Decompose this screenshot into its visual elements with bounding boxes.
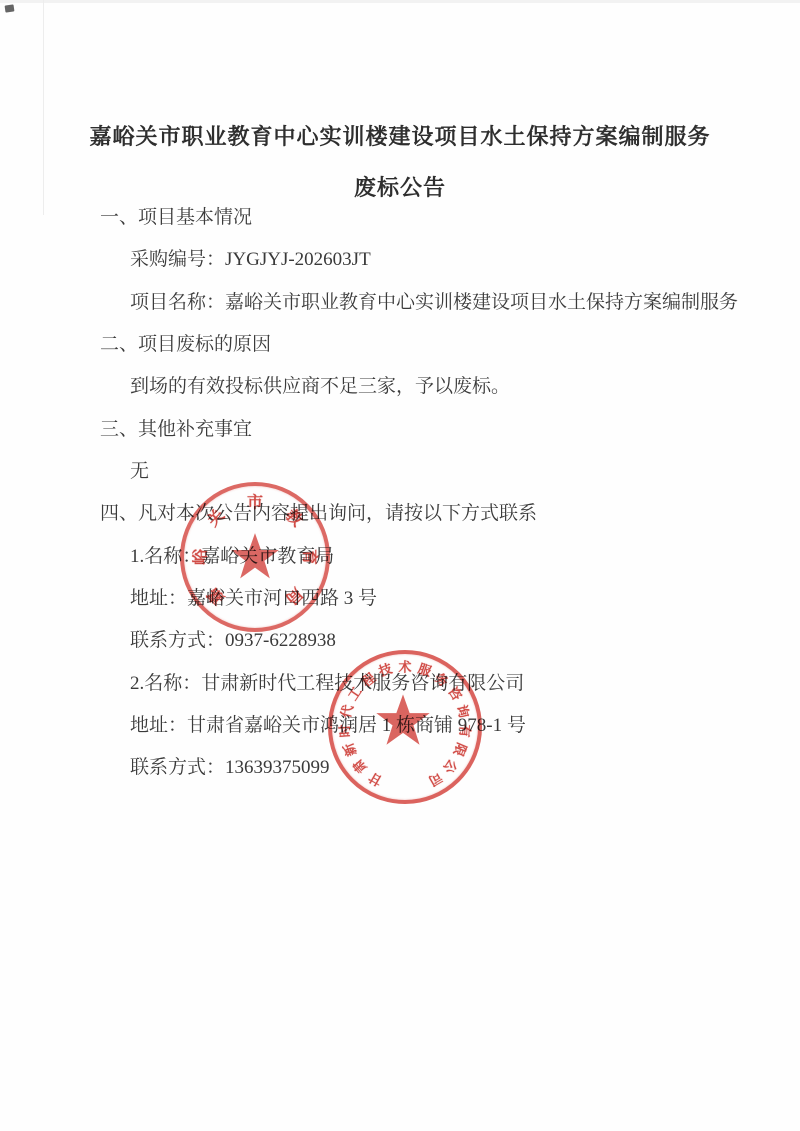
section-4-heading: 四、凡对本次公告内容提出询问，请按以下方式联系 <box>0 499 800 529</box>
contact2-phone-line: 联系方式：13639375099 <box>0 753 800 783</box>
contact1-address-line: 地址：嘉峪关市河口西路 3 号 <box>0 584 800 614</box>
contact2-name-line: 2.名称：甘肃新时代工程技术服务咨询有限公司 <box>0 669 800 699</box>
scan-artifact-corner-mark <box>5 4 15 12</box>
scanned-document-page: 嘉峪关市职业教育中心实训楼建设项目水土保持方案编制服务 废标公告 一、项目基本情… <box>0 0 800 1131</box>
supplement-none-line: 无 <box>0 457 800 487</box>
document-title-line2: 废标公告 <box>0 172 800 204</box>
contact1-name-line: 1.名称：嘉峪关市教育局 <box>0 542 800 572</box>
document-title-line1: 嘉峪关市职业教育中心实训楼建设项目水土保持方案编制服务 <box>0 121 800 153</box>
scan-artifact-top-edge <box>0 0 800 3</box>
section-1-heading: 一、项目基本情况 <box>0 203 800 233</box>
cancellation-reason-line: 到场的有效投标供应商不足三家，予以废标。 <box>0 372 800 402</box>
procurement-number-line: 采购编号：JYGJYJ-202603JT <box>0 245 800 275</box>
section-2-heading: 二、项目废标的原因 <box>0 330 800 360</box>
contact2-address-line: 地址：甘肃省嘉峪关市鸿润居 1 栋商铺 978-1 号 <box>0 711 800 741</box>
section-3-heading: 三、其他补充事宜 <box>0 415 800 445</box>
project-name-line: 项目名称：嘉峪关市职业教育中心实训楼建设项目水土保持方案编制服务 <box>0 288 800 318</box>
contact1-phone-line: 联系方式：0937-6228938 <box>0 626 800 656</box>
